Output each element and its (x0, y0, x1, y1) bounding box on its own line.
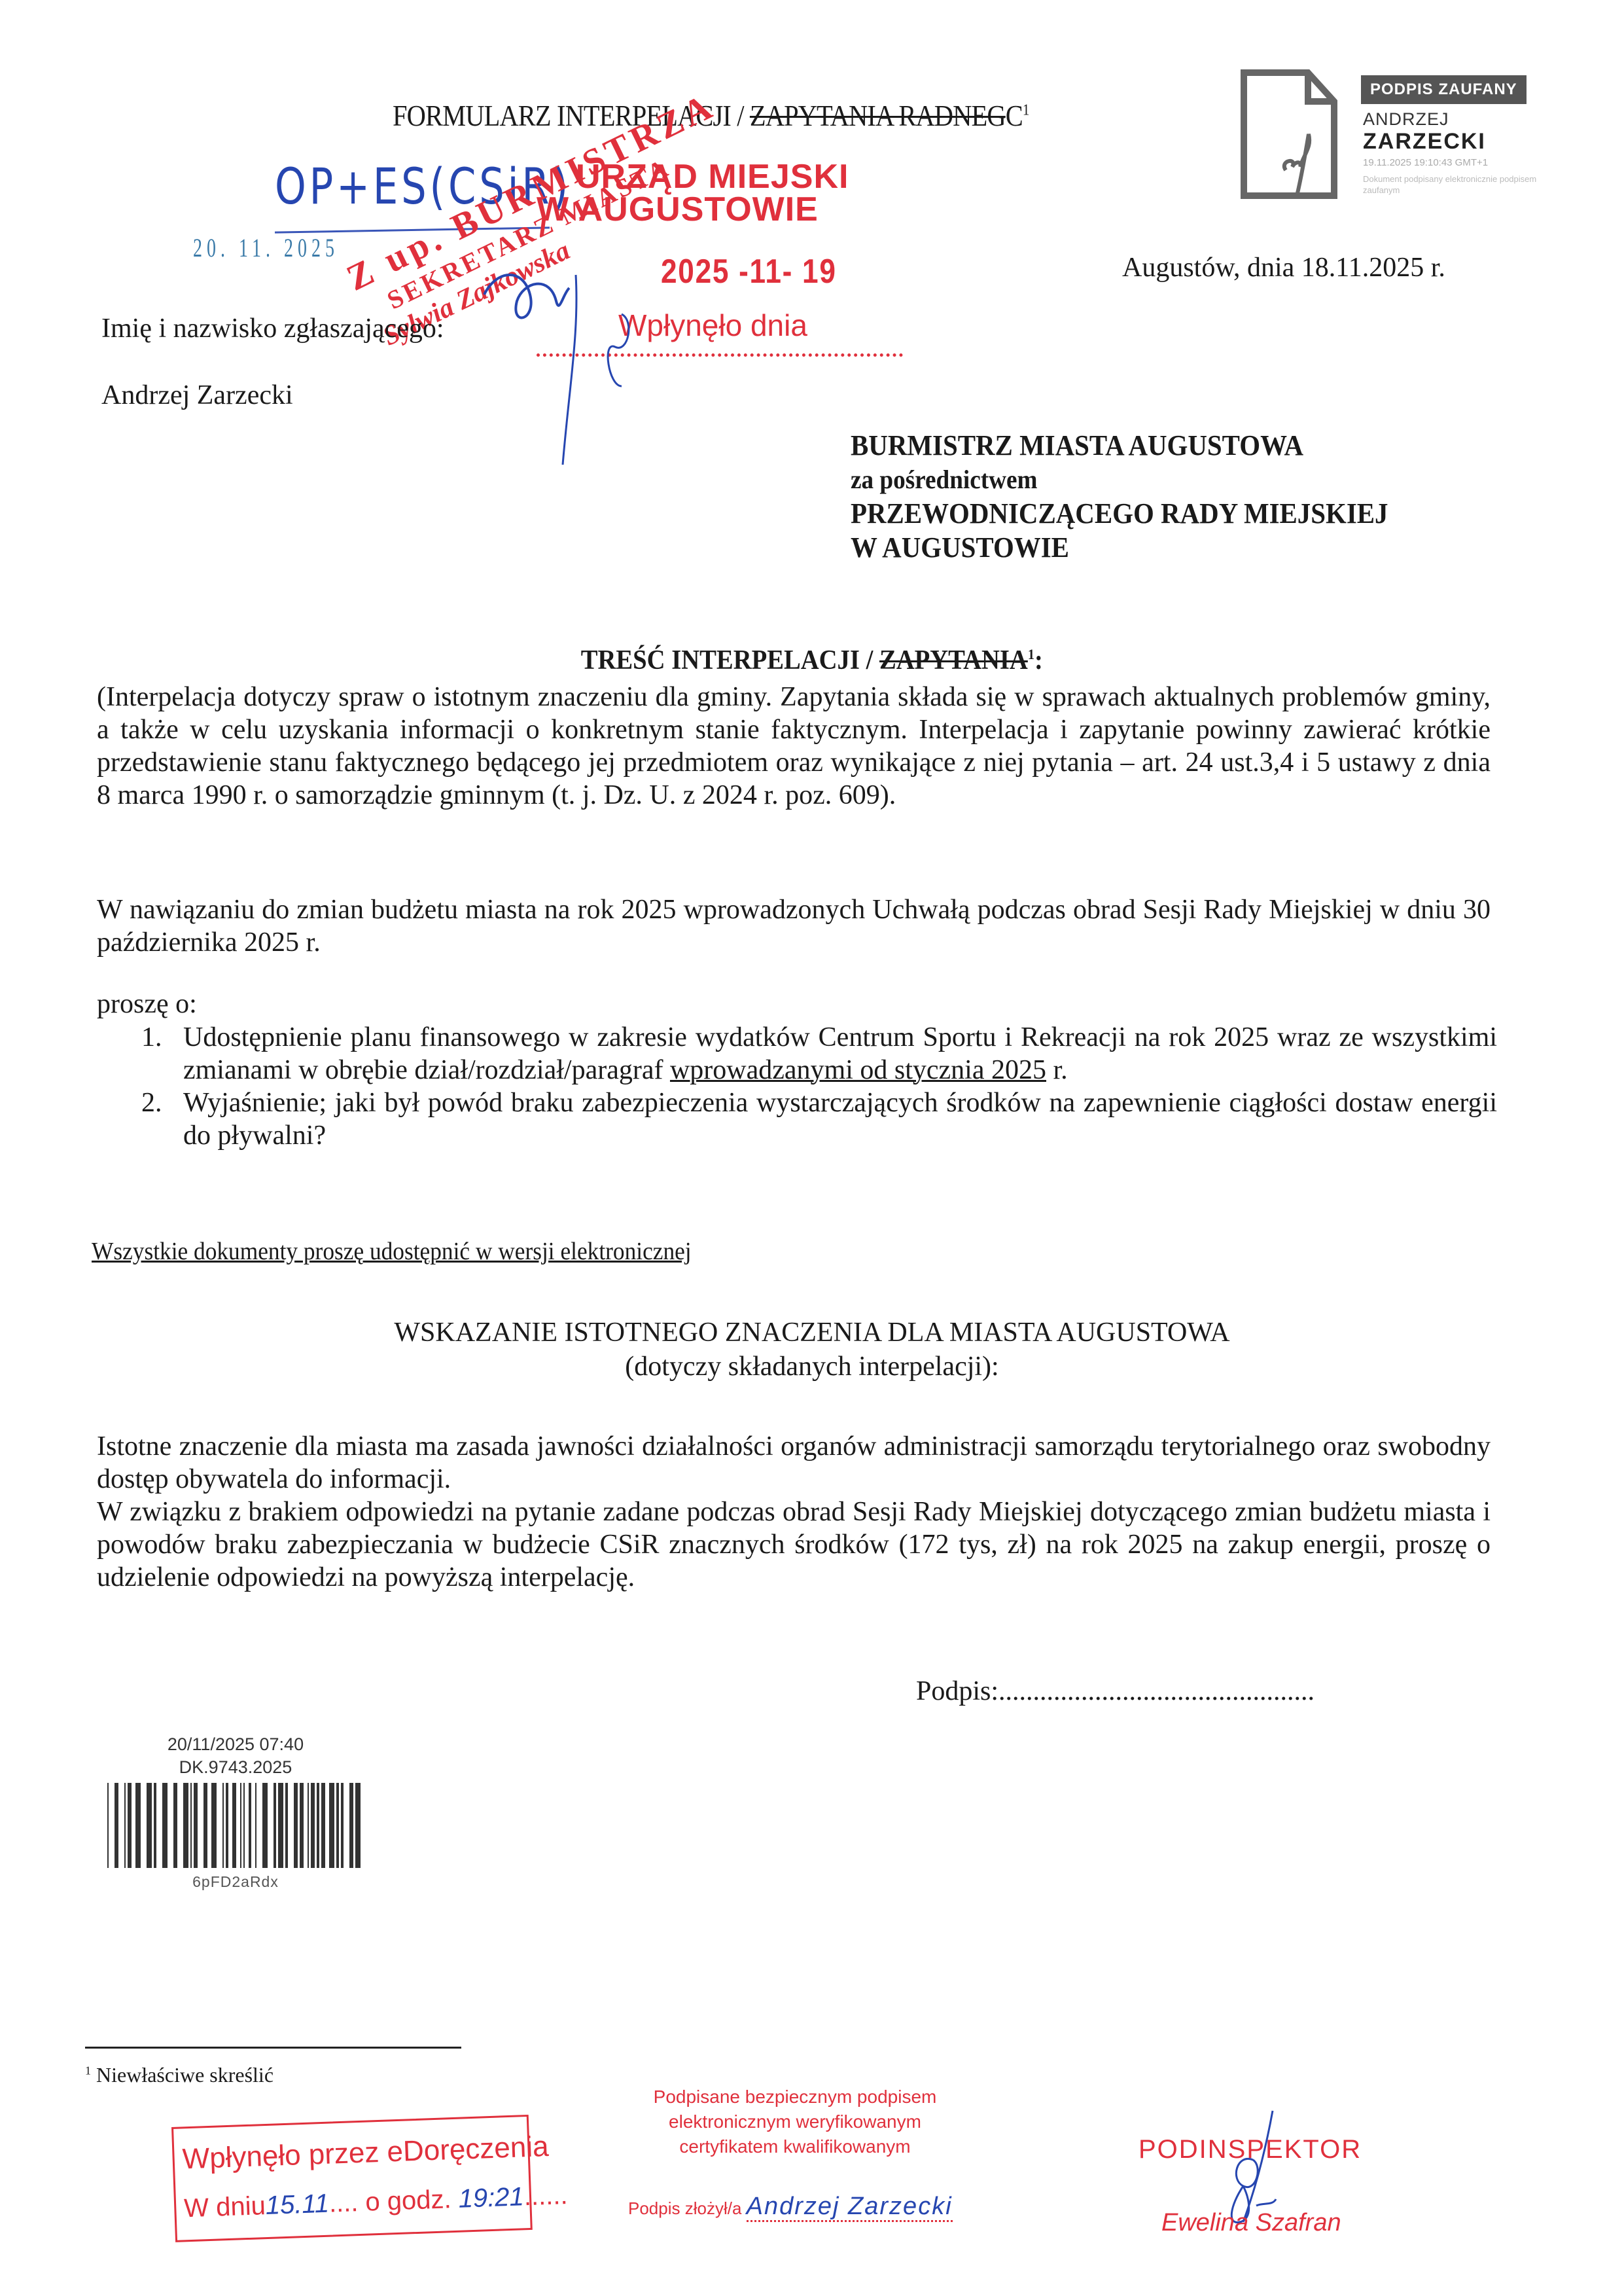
content-heading-colon: : (1034, 645, 1043, 675)
place-and-date: Augustów, dnia 18.11.2025 r. (1122, 252, 1445, 283)
content-heading-text: TREŚĆ INTERPELACJI / (581, 645, 879, 675)
registration-code: 6pFD2aRdx (105, 1873, 366, 1891)
footnote: 1 Niewłaściwe skreślić (85, 2063, 274, 2087)
request-list: 1. Udostępnienie planu finansowego w zak… (97, 1021, 1497, 1152)
qes-line1: Podpisane bezpiecznym podpisem (625, 2085, 965, 2109)
barcode-icon (105, 1783, 366, 1868)
importance-paragraph-2: W związku z brakiem odpowiedzi na pytani… (97, 1496, 1491, 1594)
signer-last-name: ZARZECKI (1363, 129, 1486, 154)
footnote-mark: 1 (85, 2064, 91, 2077)
footnote-mark: 1 (1028, 646, 1034, 662)
signature-line: Podpis:.................................… (916, 1676, 1315, 1707)
qes-line2: elektronicznym weryfikowanym (625, 2109, 965, 2134)
list-item-text: Wyjaśnienie; jaki był powód braku zabezp… (183, 1088, 1497, 1151)
edoreczenia-stamp: Wpłynęło przez eDoręczenia W dniu15.11..… (171, 2115, 533, 2242)
reference-paragraph: W nawiązaniu do zmian budżetu miasta na … (97, 893, 1491, 959)
registration-datetime: 20/11/2025 07:40 (105, 1734, 366, 1755)
form-title-suffix: C (1006, 99, 1023, 132)
date-label: W dniu (184, 2191, 266, 2223)
date-value: 15.11 (265, 2189, 330, 2220)
qes-signed-by: Podpis złożył/a Andrzej Zarzecki (628, 2193, 953, 2221)
inspector-signature-scribble (1217, 2108, 1296, 2225)
electronic-version-note: Wszystkie dokumenty proszę udostępnić w … (92, 1237, 692, 1266)
content-heading: TREŚĆ INTERPELACJI / ZAPYTANIA1: (0, 645, 1624, 676)
submitter-name: Andrzej Zarzecki (101, 380, 293, 411)
signature-timestamp: 19.11.2025 19:10:43 GMT+1 (1363, 157, 1488, 168)
footnote-mark: 1 (1023, 102, 1029, 119)
list-item-text-end: r. (1046, 1055, 1068, 1085)
request-intro: proszę o: (97, 988, 197, 1020)
addressee-line1: BURMISTRZ MIASTA AUGUSTOWA (851, 429, 1388, 463)
qualified-signature-stamp: Podpisane bezpiecznym podpisem elektroni… (625, 2085, 965, 2159)
content-heading-struck: ZAPYTANIA (879, 645, 1028, 675)
importance-heading: WSKAZANIE ISTOTNEGO ZNACZENIA DLA MIASTA… (0, 1316, 1624, 1384)
list-item: 2. Wyjaśnienie; jaki był powód braku zab… (97, 1086, 1497, 1152)
office-stamp-date: 2025 -11- 19 (661, 252, 837, 291)
signed-document-icon (1240, 69, 1338, 200)
edoreczenia-date-line: W dniu15.11.... o godz. 19:21...... (184, 2181, 569, 2223)
handwritten-date: 20. 11. 2025 (193, 232, 339, 263)
addressee-line2: za pośrednictwem (851, 463, 1388, 497)
list-item-underlined-text: wprowadzanymi od stycznia 2025 (670, 1055, 1046, 1085)
addressee-block: BURMISTRZ MIASTA AUGUSTOWA za pośrednict… (851, 429, 1388, 565)
importance-paragraph-1: Istotne znaczenie dla miasta ma zasada j… (97, 1430, 1491, 1496)
signature-note: Dokument podpisany elektronicznie podpis… (1363, 173, 1546, 196)
footnote-text: Niewłaściwe skreślić (96, 2063, 274, 2087)
registration-label: 20/11/2025 07:40 DK.9743.2025 6pFD2aRdx (105, 1734, 366, 1891)
edoreczenia-title: Wpłynęło przez eDoręczenia (182, 2130, 549, 2176)
time-value: 19:21 (458, 2182, 525, 2213)
importance-subtitle: (dotyczy składanych interpelacji): (0, 1350, 1624, 1384)
trusted-signature-badge: PODPIS ZAUFANY ANDRZEJ ZARZECKI 19.11.20… (1240, 69, 1547, 213)
time-label: o godz. (365, 2185, 452, 2217)
list-item-number: 1. (141, 1021, 162, 1054)
office-stamp-received-label: Wpłynęło dnia (618, 308, 807, 343)
importance-body: Istotne znaczenie dla miasta ma zasada j… (97, 1430, 1491, 1594)
registration-number: DK.9743.2025 (105, 1757, 366, 1778)
handwritten-signature: Andrzej Zarzecki (747, 2193, 953, 2222)
signer-first-name: ANDRZEJ (1363, 109, 1449, 130)
list-item-number: 2. (141, 1086, 162, 1119)
handwritten-signature-scribble (471, 255, 641, 465)
footnote-separator (85, 2047, 461, 2049)
inspector-name: Ewelina Szafran (1161, 2209, 1341, 2237)
signed-by-label: Podpis złożył/a (628, 2198, 741, 2218)
form-title-struck-text: ZAPYTANIA RADNEG (750, 99, 1006, 132)
intro-paragraph: (Interpelacja dotyczy spraw o istotnym z… (97, 681, 1491, 812)
addressee-line4: W AUGUSTOWIE (851, 531, 1388, 565)
trusted-signature-label: PODPIS ZAUFANY (1361, 75, 1527, 104)
list-item: 1. Udostępnienie planu finansowego w zak… (97, 1021, 1497, 1086)
addressee-line3: PRZEWODNICZĄCEGO RADY MIEJSKIEJ (851, 497, 1388, 531)
importance-title: WSKAZANIE ISTOTNEGO ZNACZENIA DLA MIASTA… (0, 1316, 1624, 1350)
qes-line3: certyfikatem kwalifikowanym (625, 2134, 965, 2159)
submitter-label: Imię i nazwisko zgłaszającego: (101, 313, 444, 344)
